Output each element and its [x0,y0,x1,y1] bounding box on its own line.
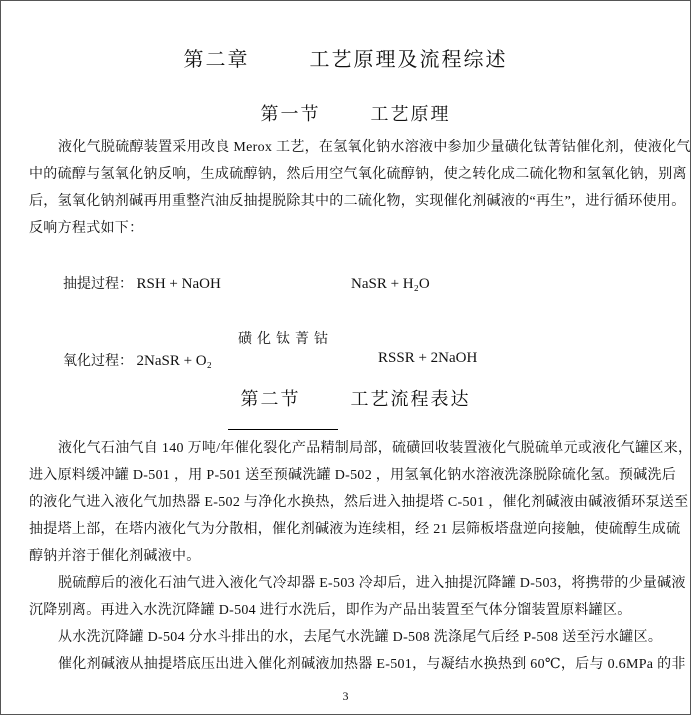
equation-label: 氧化过程： [63,354,133,369]
section1-heading: 第一节 工艺原理 [11,100,691,126]
oxidation-equation: 氧化过程： 2NaSR + O₂ [63,350,212,370]
divider-line [228,429,338,430]
page-number: 3 [1,689,690,704]
paragraph-line: 沉降别离。再进入水洗沉降罐 D-504 进行水洗后，即作为产品出装置至气体分馏装… [29,601,632,621]
chapter-number: 第二章 [184,43,250,72]
paragraph-line: 的液化气进入液化气加热器 E-502 与净化水换热，然后进入抽提塔 C-501 … [29,493,688,513]
equation-label: 抽提过程： [63,277,133,292]
paragraph-line: 从水洗沉降罐 D-504 分水斗排出的水，去尾气水洗罐 D-508 洗涤尾气后经… [58,628,662,648]
paragraph-line: 进入原料缓冲罐 D-501 ，用 P-501 送至预碱洗罐 D-502 ，用氢氧… [29,466,676,486]
document-page: 第二章 工艺原理及流程综述 第一节 工艺原理 液化气脱硫醇装置采用改良 Mero… [0,0,691,715]
paragraph-line: 反响方程式如下： [29,219,143,239]
equation-rhs: RSSR + 2NaOH [378,350,477,367]
extraction-equation: 抽提过程： RSH + NaOH [63,273,221,293]
catalyst-label: 磺化钛菁钴 [238,328,333,348]
equation-lhs: 2NaSR + O₂ [137,353,212,369]
paragraph-line: 脱硫醇后的液化石油气进入液化气冷却器 E-503 冷却后，进入抽提沉降罐 D-5… [58,574,686,594]
chapter-title: 工艺原理及流程综述 [310,43,508,72]
paragraph-line: 抽提塔上部，在塔内液化气为分散相，催化剂碱液为连续相，经 21 层筛板塔盘逆向接… [29,520,680,540]
paragraph-line: 后，氢氧化钠剂碱再用重整汽油反抽提脱除其中的二硫化物，实现催化剂碱液的“再生”，… [29,192,686,212]
equation-rhs: NaSR + H₂O [351,276,430,293]
paragraph-line: 中的硫醇与氢氧化钠反响，生成硫醇钠，然后用空气氧化硫醇钠，使之转化成二硫化物和氢… [29,165,687,185]
section1-number: 第一节 [261,100,321,126]
paragraph-line: 醇钠并溶于催化剂碱液中。 [29,547,201,567]
section2-number: 第二节 [241,385,301,411]
paragraph-line: 催化剂碱液从抽提塔底压出进入催化剂碱液加热器 E-501，与凝结水换热到 60℃… [58,655,686,675]
section1-title: 工艺原理 [371,100,451,126]
equation-lhs: RSH + NaOH [137,276,221,292]
chapter-heading: 第二章 工艺原理及流程综述 [1,43,690,72]
paragraph-line: 液化气石油气自 140 万吨/年催化裂化产品精制局部，硫磺回收装置液化气脱硫单元… [58,439,691,459]
paragraph-line: 液化气脱硫醇装置采用改良 Merox 工艺，在氢氧化钠水溶液中参加少量磺化钛菁钴… [58,138,691,158]
section2-title: 工艺流程表达 [351,385,471,411]
section2-heading: 第二节 工艺流程表达 [11,385,691,411]
